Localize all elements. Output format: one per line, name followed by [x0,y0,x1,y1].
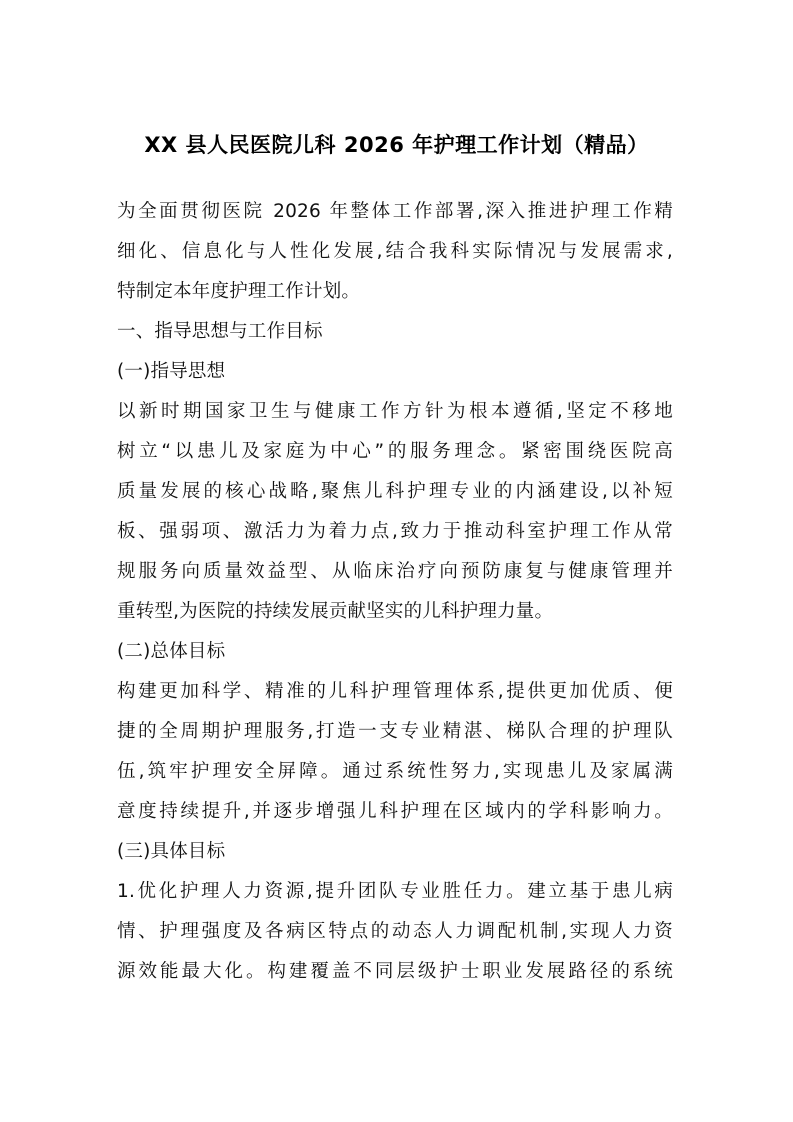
document-title: XX 县人民医院儿科 2026 年护理工作计划（精品） [0,129,793,161]
body-line: 重转型,为医院的持续发展贡献坚实的儿科护理力量。 [117,592,673,632]
subsection-heading-overall-goals: (二)总体目标 [117,632,673,672]
document-page: XX 县人民医院儿科 2026 年护理工作计划（精品） 为全面贯彻医院 2026… [0,0,793,1122]
subsection-heading-specific-goals: (三)具体目标 [117,832,673,872]
subsection-heading-guiding-ideology: (一)指导思想 [117,352,673,392]
body-line: 源效能最大化。构建覆盖不同层级护士职业发展路径的系统 [117,952,673,992]
body-line: 伍,筑牢护理安全屏障。通过系统性努力,实现患儿及家属满 [117,752,673,792]
body-line: 捷的全周期护理服务,打造一支专业精湛、梯队合理的护理队 [117,712,673,752]
body-line: 细化、信息化与人性化发展,结合我科实际情况与发展需求, [117,232,673,272]
section-heading-1: 一、指导思想与工作目标 [117,312,673,352]
document-body: 为全面贯彻医院 2026 年整体工作部署,深入推进护理工作精 细化、信息化与人性… [117,192,673,992]
body-line: 以新时期国家卫生与健康工作方针为根本遵循,坚定不移地 [117,392,673,432]
body-line: 情、护理强度及各病区特点的动态人力调配机制,实现人力资 [117,912,673,952]
body-line: 树立“以患儿及家庭为中心”的服务理念。紧密围绕医院高 [117,432,673,472]
body-line: 意度持续提升,并逐步增强儿科护理在区域内的学科影响力。 [117,792,673,832]
body-line: 为全面贯彻医院 2026 年整体工作部署,深入推进护理工作精 [117,192,673,232]
body-line: 质量发展的核心战略,聚焦儿科护理专业的内涵建设,以补短 [117,472,673,512]
body-line: 板、强弱项、激活力为着力点,致力于推动科室护理工作从常 [117,512,673,552]
body-line: 规服务向质量效益型、从临床治疗向预防康复与健康管理并 [117,552,673,592]
body-line: 1.优化护理人力资源,提升团队专业胜任力。建立基于患儿病 [117,872,673,912]
body-line: 特制定本年度护理工作计划。 [117,272,673,312]
body-line: 构建更加科学、精准的儿科护理管理体系,提供更加优质、便 [117,672,673,712]
